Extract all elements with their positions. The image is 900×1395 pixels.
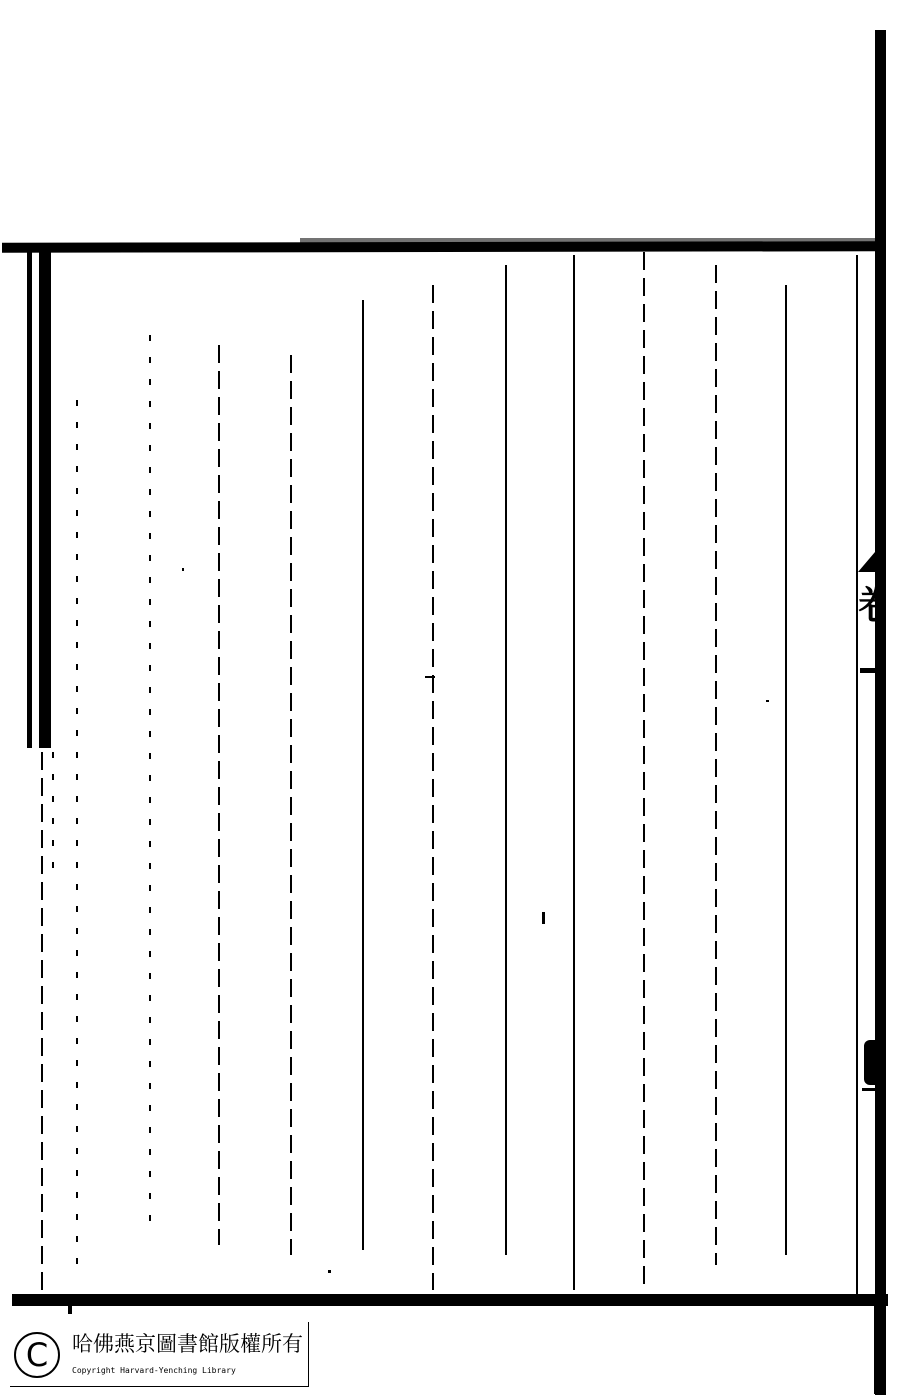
left-frame-outer [27,248,32,748]
bottom-frame-border [12,1294,888,1306]
bottom-right-corner [874,1294,886,1394]
column-rule-2 [149,335,151,1235]
left-frame-lower [41,752,43,1292]
column-rule-6 [432,285,434,1290]
copyright-english-text: Copyright Harvard-Yenching Library [72,1366,236,1375]
column-rule-4 [290,355,292,1255]
ink-speck [182,568,184,571]
banxin-lower-mark [864,1040,876,1085]
column-rule-1 [76,400,78,1280]
ink-speck [766,700,769,702]
ink-speck [542,912,545,924]
banxin-fishtail [858,552,875,572]
left-frame-inner [39,248,51,748]
column-rule-3 [218,345,220,1245]
top-frame-border-inner [300,238,875,244]
column-rule-8 [573,255,575,1290]
copyright-chinese-text: 哈佛燕京圖書館版權所有 [72,1328,303,1358]
column-rule-5 [362,300,364,1250]
right-edge-bar [875,30,886,1395]
ink-speck [328,1270,331,1273]
copyright-stamp: C 哈佛燕京圖書館版權所有 Copyright Harvard-Yenching… [10,1322,309,1387]
banxin-short-rule [860,668,876,673]
right-frame-line [856,255,858,1295]
column-rule-11 [785,285,787,1255]
scanned-page: 卷 C 哈佛燕京圖書館版權所有 Copyright Harvard-Yenchi… [0,0,900,1395]
column-rule-10 [715,265,717,1265]
bottom-left-tick [68,1300,72,1314]
banxin-lower-rule [862,1088,876,1091]
copyright-icon: C [14,1332,60,1378]
left-frame-lower-2 [52,752,54,872]
column-rule-9 [643,252,645,1290]
column-rule-7 [505,265,507,1255]
ink-speck [425,676,435,678]
